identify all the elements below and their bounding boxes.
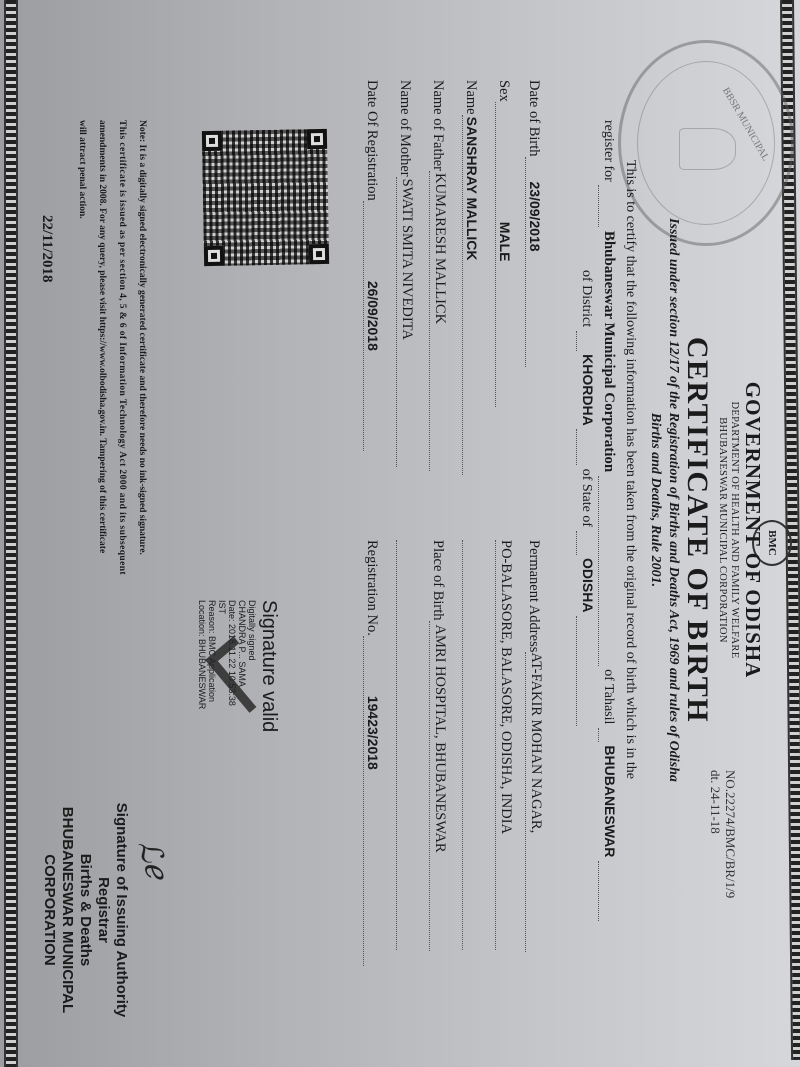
state-value: ODISHA [580,558,596,612]
address-row: Permanent AddressAT-FAKIR MOHAN NAGAR, [520,540,542,952]
issued-under-line-1: Issued under section 12/17 of the Regist… [664,200,682,800]
certificate-title: CERTIFICATE OF BIRTH [680,290,714,770]
emblem-icon [679,128,736,170]
government-title: GOVERNMENT OF ODISHA [740,290,765,770]
pob-row: Place of BirthAMRI HOSPITAL, BHUBANESWAR [424,540,446,951]
seal-text: BBSR MUNICIPAL [720,86,771,163]
mother-name-value: SWATI SMITA NIVEDITA [398,179,415,340]
blank-row-2 [391,540,413,950]
issue-date: 22/11/2018 [38,215,55,283]
tahasil-label: of Tahasil [601,669,616,724]
blank-row [457,540,479,950]
father-row: Name of FatherKUMARESH MALLICK [424,80,446,471]
sex-row: SexMALE [490,80,512,407]
legal-note: Note: It is a digitally signed electroni… [72,120,152,680]
dob-value: 23/09/2018 [527,182,543,252]
department-name: DEPARTMENT OF HEALTH AND FAMILY WELFARE [728,290,740,770]
authority-dept: Births & Deaths [76,760,94,1060]
district-value: KHORDHA [580,354,596,426]
authority-title: Signature of Issuing Authority [112,760,130,1060]
name-row: NameSANSHRAY MALLICK [457,80,479,475]
authority-role: Registrar [94,760,112,1060]
certification-statement: This is to certify that the following in… [576,120,640,1000]
municipal-seal-icon: BBSR MUNICIPAL [618,40,794,246]
sex-value: MALE [497,222,513,262]
digital-signature-block: Signature valid Digitally signed CHANDRA… [197,600,280,780]
father-name-value: KUMARESH MALLICK [431,173,448,324]
reference-line: NO.22274/BMC/BR/1/9 [723,770,738,898]
registration-number-value: 19423/2018 [365,696,381,770]
register-for-label: register for [601,120,616,182]
address-line-2: PO-BALASORE, BALASORE, ODISHA, INDIA [497,540,514,834]
corporation-name: BHUBANESWAR MUNICIPAL CORPORATION [716,290,728,770]
issued-under-line-2: Births and Deaths, Rule 2001. [646,200,664,800]
certificate-header: GOVERNMENT OF ODISHA DEPARTMENT OF HEALT… [680,290,765,770]
authority-org: BHUBANESWAR MUNICIPAL CORPORATION [40,760,76,1060]
dob-row: Date of Birth23/09/2018 [520,80,542,367]
issuing-authority: Signature of Issuing Authority Registrar… [40,760,130,1060]
regno-row: Registration No.19423/2018 [358,540,380,966]
child-name-value: SANSHRAY MALLICK [464,117,480,261]
address-row-2: PO-BALASORE, BALASORE, ODISHA, INDIA [490,540,512,950]
date-of-registration-value: 26/09/2018 [365,281,381,351]
reference-number: NO.22274/BMC/BR/1/9 dt. 24-11-18 [708,770,738,898]
tahasil-value: BHUBANESWAR [602,745,618,857]
certify-intro: This is to certify that the following in… [620,120,640,1000]
state-label: of State of [579,469,594,527]
address-line-1: AT-FAKIR MOHAN NAGAR, [527,652,544,833]
mother-row: Name of MotherSWATI SMITA NIVEDITA [391,80,413,467]
qr-code-icon[interactable] [202,129,329,266]
place-of-birth-value: AMRI HOSPITAL, BHUBANESWAR [431,625,448,853]
birth-certificate: BBSR MUNICIPAL BMC NO.22274/BMC/BR/1/9 d… [0,0,800,1067]
reference-date: dt. 24-11-18 [708,770,723,898]
district-label: of District [579,270,594,327]
issued-under-clause: Issued under section 12/17 of the Regist… [646,200,682,800]
decorative-border-bottom [4,0,18,1067]
register-for-value: Bhubaneswar Municipal Corporation [601,231,617,472]
dor-row: Date Of Registration26/09/2018 [358,80,380,451]
